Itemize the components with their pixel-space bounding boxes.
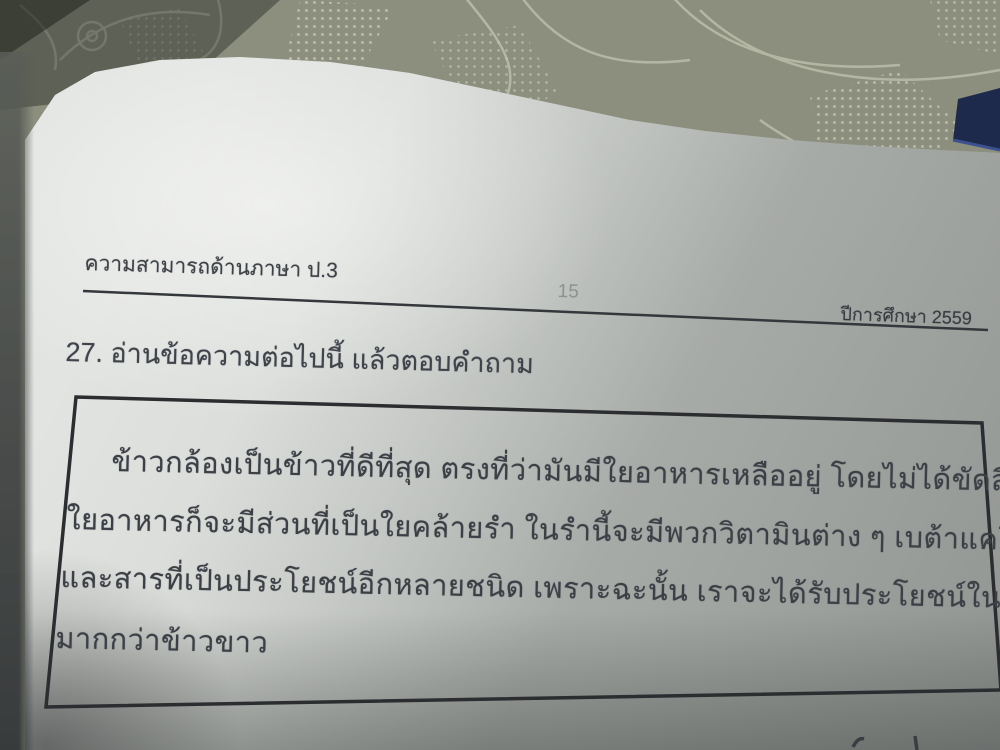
left-edge-shadow xyxy=(0,52,34,750)
passage-line: มากกว่าข้าวขาว xyxy=(55,615,269,666)
photo-of-exam-page: ความสามารถด้านภาษา ป.3 15 ปีการศึกษา 255… xyxy=(0,0,1000,750)
page-number: 15 xyxy=(557,281,579,304)
header-academic-year: ปีการศึกษา 2559 xyxy=(840,299,972,332)
